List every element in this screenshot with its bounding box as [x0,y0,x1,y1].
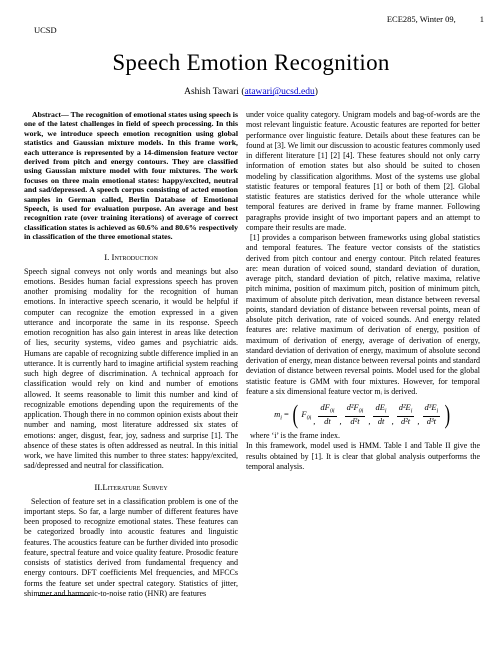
footnote-separator [38,595,90,596]
comma: , [313,416,315,428]
author-name-close: ) [315,87,318,97]
author-line: Ashish Tawari (atawari@ucsd.edu) [0,87,502,97]
abstract-paragraph: Abstract— The recognition of emotional s… [24,110,238,242]
paper-title: Speech Emotion Recognition [0,0,502,76]
two-column-body: Abstract— The recognition of emotional s… [24,110,480,599]
equation-term-d2f0dt: d²F0i d²t [345,403,366,427]
feature-vector-equation: mi = ( F0i , dF0i dt , d²F0i d²t , dEi d… [246,402,480,428]
equation-term-dedt: dEi dt [373,403,388,427]
open-paren: ( [292,402,298,428]
section-heading-introduction: I. Introduction [24,252,238,262]
page-number: 1 [480,14,484,24]
framework-comparison-paragraph: [1] provides a comparison between framew… [246,233,480,397]
course-label: ECE285, Winter 09, [387,14,456,24]
abstract-lead: Abstract— [32,110,69,119]
features-continuation-paragraph: under voice quality category. Unigram mo… [246,110,480,233]
right-column: under voice quality category. Unigram mo… [246,110,480,599]
section-heading-literature-survey: II.Literature Survey [24,482,238,492]
close-paren: ) [445,402,451,428]
frame-index-note: where ‘i’ is the frame index. [246,431,480,441]
comma: , [392,416,394,428]
abstract-text: The recognition of emotional states usin… [24,110,238,241]
author-email-link[interactable]: atawari@ucsd.edu [244,87,314,97]
running-header: ECE285, Winter 09,1 [387,14,484,24]
introduction-paragraph: Speech signal conveys not only words and… [24,267,238,472]
equals-sign: = [284,409,289,421]
literature-survey-paragraph: Selection of feature set in a classifica… [24,497,238,600]
institution-label: UCSD [34,25,57,35]
comma: , [417,416,419,428]
document-page: ECE285, Winter 09,1 UCSD Speech Emotion … [0,0,502,649]
equation-term-df0dt: dF0i dt [318,403,336,427]
equation-term-f0: F0i [301,409,311,422]
author-name: Ashish Tawari ( [184,87,244,97]
framework-results-paragraph: In this framework, model used is HMM. Ta… [246,441,480,472]
equation-term-d2edt: d²Ei d²t [397,403,415,427]
comma: , [340,416,342,428]
left-column: Abstract— The recognition of emotional s… [24,110,238,599]
comma: , [368,416,370,428]
equation-term-d3edt: d³Ei d³t [423,403,441,427]
equation-lhs: mi [274,409,282,422]
